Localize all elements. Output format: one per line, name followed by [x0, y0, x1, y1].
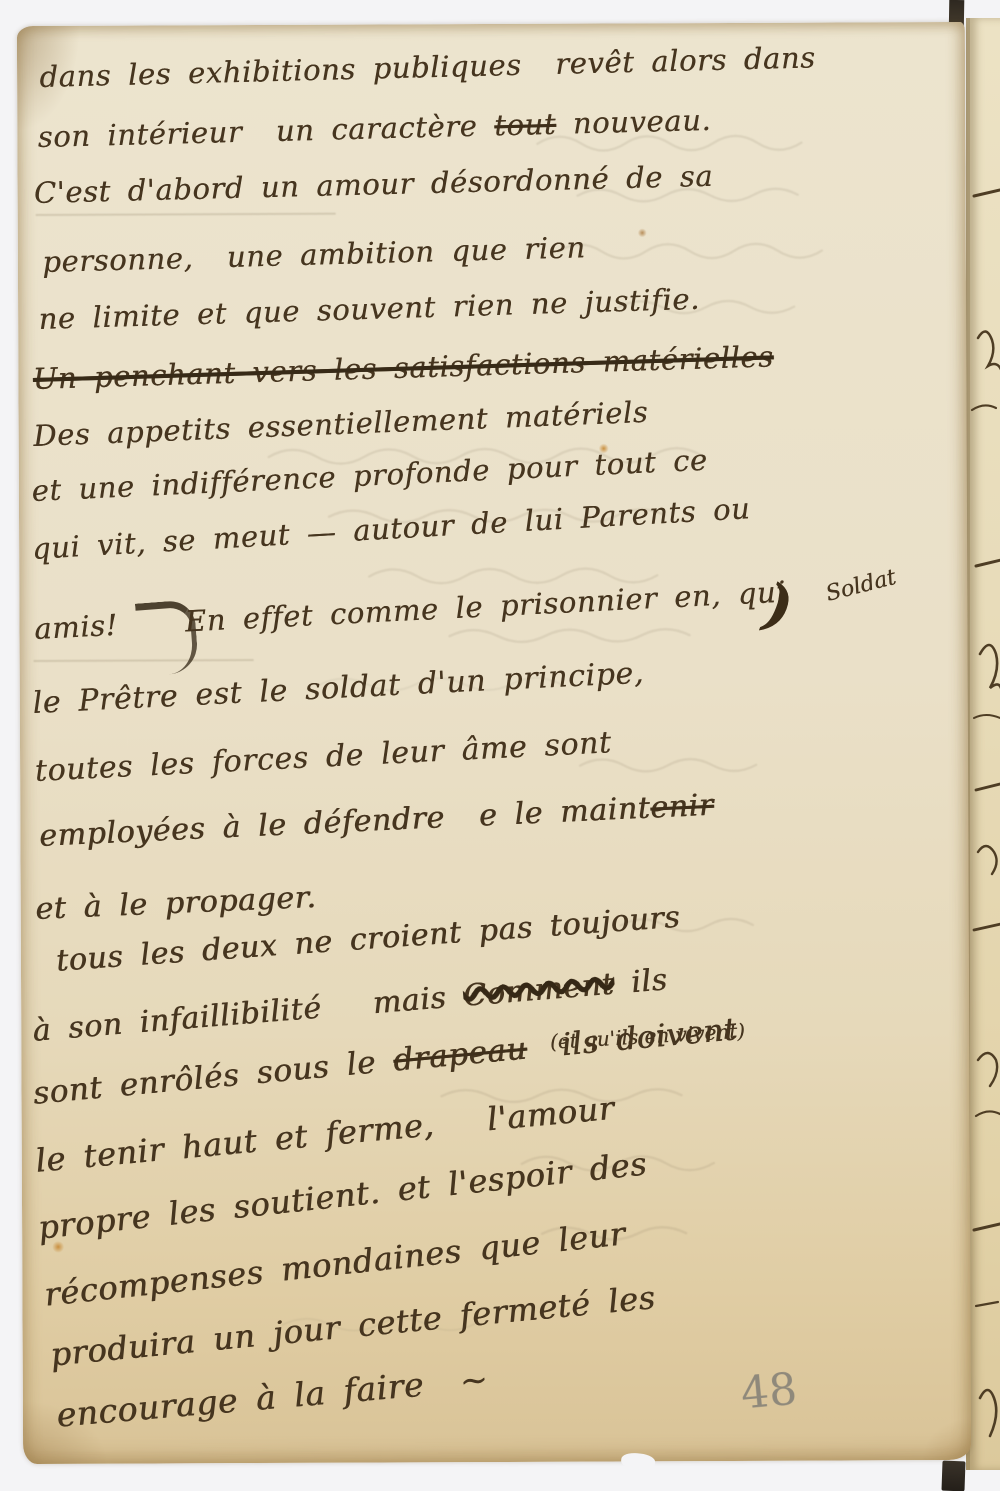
binding-strap-bottom — [941, 1461, 965, 1491]
manuscript-scan: dans les exhibitions publiques revêt alo… — [0, 0, 1000, 1491]
manuscript-page: dans les exhibitions publiques revêt alo… — [17, 22, 971, 1464]
manuscript-text-segment: ils — [613, 962, 669, 1001]
manuscript-text-segment: tout — [494, 107, 557, 143]
next-page-ink-fragments — [970, 18, 1000, 1470]
annotation-page-number: 48 — [739, 1364, 799, 1420]
manuscript-text-segment: enir — [649, 788, 714, 826]
manuscript-text-segment: nouveau. — [556, 103, 712, 141]
next-page-edge — [966, 18, 1000, 1470]
